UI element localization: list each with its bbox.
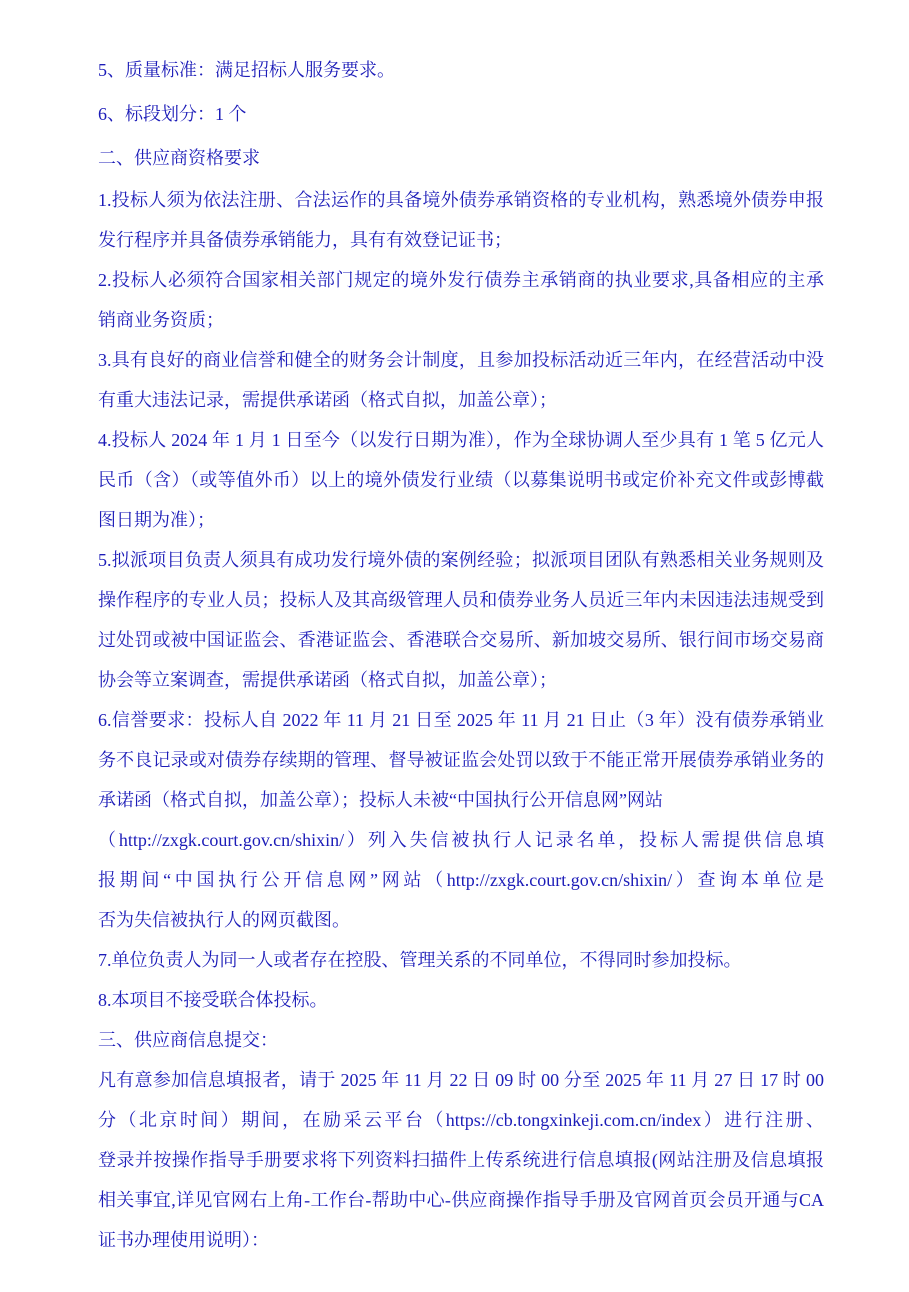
text-line: 协会等立案调查，需提供承诺函（格式自拟，加盖公章）； — [98, 660, 824, 700]
text-line: 销商业务资质； — [98, 300, 824, 340]
text-line: 2.投标人必须符合国家相关部门规定的境外发行债券主承销商的执业要求,具备相应的主… — [98, 260, 824, 300]
text-line: 操作程序的专业人员；投标人及其高级管理人员和债券业务人员近三年内未因违法违规受到 — [98, 580, 824, 620]
text-line: 4.投标人 2024 年 1 月 1 日至今（以发行日期为准），作为全球协调人至… — [98, 420, 824, 460]
text-line: 登录并按操作指导手册要求将下列资料扫描件上传系统进行信息填报(网站注册及信息填报 — [98, 1140, 824, 1180]
text-line: 证书办理使用说明）： — [98, 1220, 824, 1260]
text-line: 6.信誉要求：投标人自 2022 年 11 月 21 日至 2025 年 11 … — [98, 700, 824, 740]
text-line: 凡有意参加信息填报者，请于 2025 年 11 月 22 日 09 时 00 分… — [98, 1060, 824, 1100]
text-line: 务不良记录或对债券存续期的管理、督导被证监会处罚以致于不能正常开展债券承销业务的 — [98, 740, 824, 780]
text-line: 1.投标人须为依法注册、合法运作的具备境外债券承销资格的专业机构，熟悉境外债券申… — [98, 180, 824, 220]
text-line: 三、供应商信息提交： — [98, 1020, 824, 1060]
text-line: 分（北京时间）期间，在励采云平台（https://cb.tongxinkeji.… — [98, 1100, 824, 1140]
document-body: 5、质量标准：满足招标人服务要求。6、标段划分：1 个二、供应商资格要求1.投标… — [98, 48, 824, 1260]
text-line: 发行程序并具备债券承销能力，具有有效登记证书； — [98, 220, 824, 260]
text-line: 承诺函（格式自拟，加盖公章）；投标人未被“中国执行公开信息网”网站 — [98, 780, 824, 820]
text-line: 报期间“中国执行公开信息网”网站（http://zxgk.court.gov.c… — [98, 860, 824, 900]
text-line: 6、标段划分：1 个 — [98, 92, 824, 136]
text-line: （http://zxgk.court.gov.cn/shixin/）列入失信被执… — [98, 820, 824, 860]
text-line: 3.具有良好的商业信誉和健全的财务会计制度，且参加投标活动近三年内，在经营活动中… — [98, 340, 824, 380]
text-line: 7.单位负责人为同一人或者存在控股、管理关系的不同单位，不得同时参加投标。 — [98, 940, 824, 980]
text-line: 5、质量标准：满足招标人服务要求。 — [98, 48, 824, 92]
text-line: 8.本项目不接受联合体投标。 — [98, 980, 824, 1020]
text-line: 5.拟派项目负责人须具有成功发行境外债的案例经验；拟派项目团队有熟悉相关业务规则… — [98, 540, 824, 580]
text-line: 否为失信被执行人的网页截图。 — [98, 900, 824, 940]
text-line: 相关事宜,详见官网右上角-工作台-帮助中心-供应商操作指导手册及官网首页会员开通… — [98, 1180, 824, 1220]
text-line: 民币（含）（或等值外币）以上的境外债发行业绩（以募集说明书或定价补充文件或彭博截 — [98, 460, 824, 500]
text-line: 二、供应商资格要求 — [98, 136, 824, 180]
text-line: 有重大违法记录，需提供承诺函（格式自拟，加盖公章）； — [98, 380, 824, 420]
document-page: 5、质量标准：满足招标人服务要求。6、标段划分：1 个二、供应商资格要求1.投标… — [0, 0, 909, 1292]
text-line: 过处罚或被中国证监会、香港证监会、香港联合交易所、新加坡交易所、银行间市场交易商 — [98, 620, 824, 660]
text-line: 图日期为准）； — [98, 500, 824, 540]
